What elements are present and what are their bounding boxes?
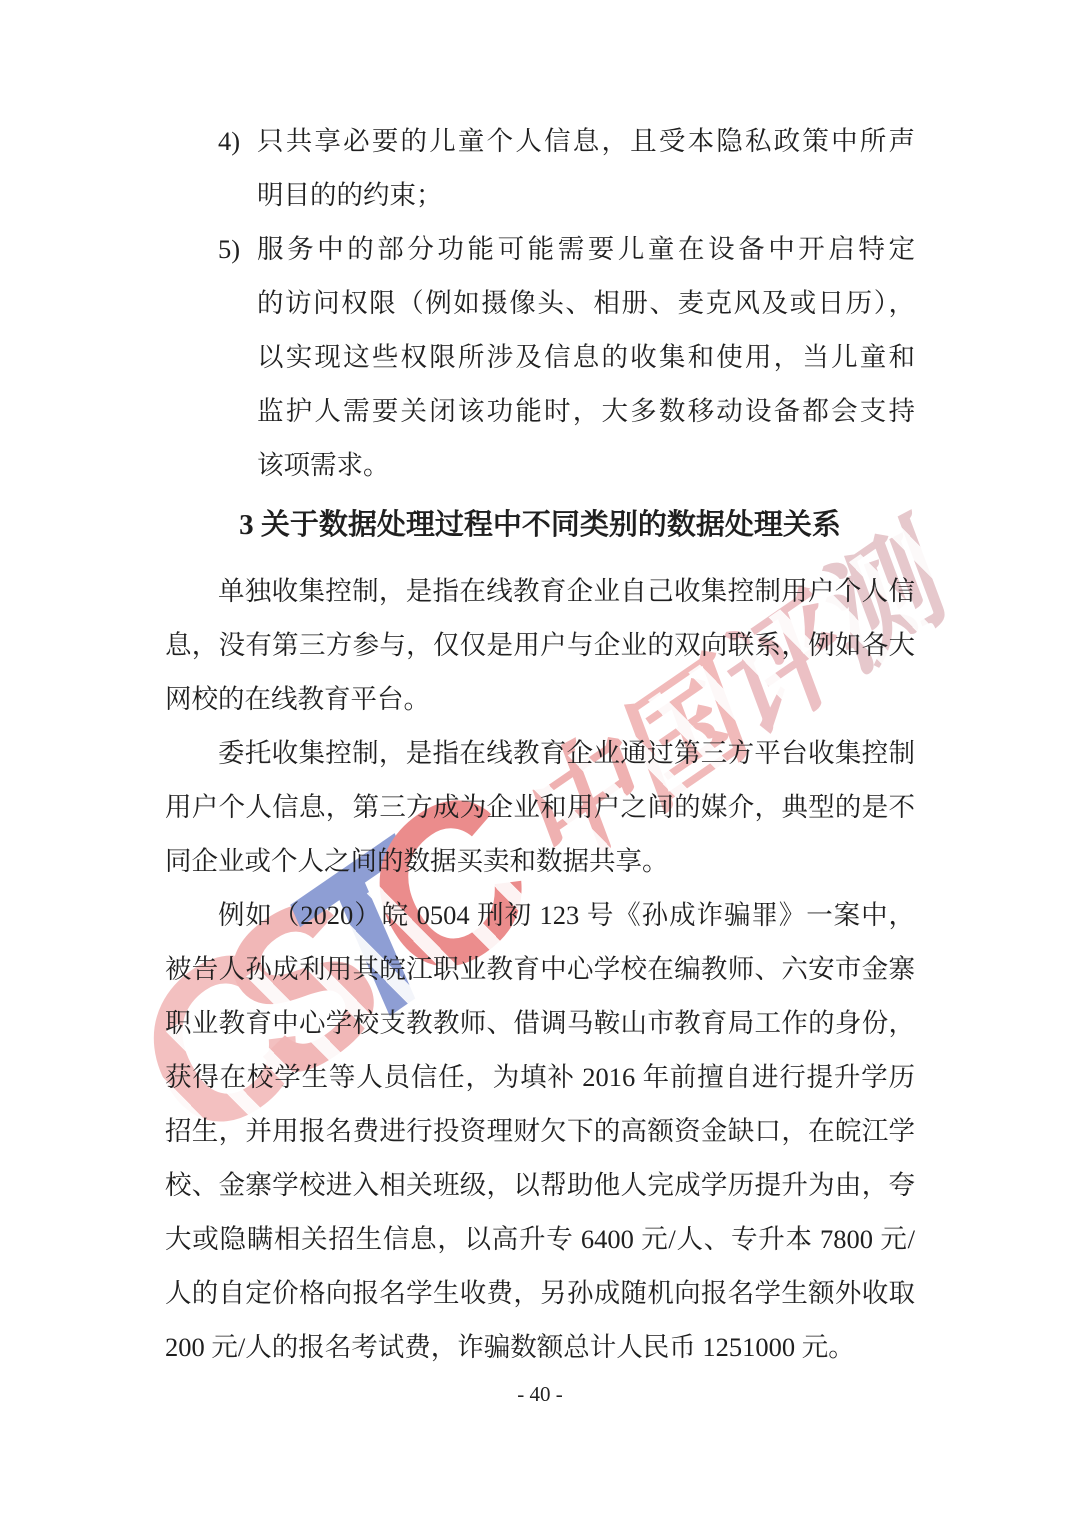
text-line: 监护人需要关闭该功能时，大多数移动设备都会支持 <box>257 384 915 438</box>
text-line: 人的自定价格向报名学生收费，另孙成随机向报名学生额外收取 <box>165 1266 915 1320</box>
text-line: 只共享必要的儿童个人信息，且受本隐私政策中所声 <box>257 114 915 168</box>
text-line: 网校的在线教育平台。 <box>165 672 915 726</box>
paragraph: 例如（2020）皖 0504 刑初 123 号《孙成诈骗罪》一案中， 被告人孙成… <box>165 888 915 1374</box>
text-line: 200 元/人的报名考试费，诈骗数额总计人民币 1251000 元。 <box>165 1320 915 1374</box>
text-line: 服务中的部分功能可能需要儿童在设备中开启特定 <box>257 222 915 276</box>
list-marker: 5) <box>218 222 257 492</box>
page-content: 4) 只共享必要的儿童个人信息，且受本隐私政策中所声 明目的的约束； 5) 服务… <box>0 0 1080 1374</box>
section-heading: 3 关于数据处理过程中不同类别的数据处理关系 <box>165 498 915 552</box>
page-number: - 40 - <box>0 1382 1080 1407</box>
document-page: { "document": { "list_items": [ { "marke… <box>0 0 1080 1527</box>
list-marker: 4) <box>218 114 257 222</box>
text-line: 大或隐瞒相关招生信息，以高升专 6400 元/人、专升本 7800 元/ <box>165 1212 915 1266</box>
text-line: 职业教育中心学校支教教师、借调马鞍山市教育局工作的身份， <box>165 996 915 1050</box>
text-line: 招生，并用报名费进行投资理财欠下的高额资金缺口，在皖江学 <box>165 1104 915 1158</box>
list-item-text: 只共享必要的儿童个人信息，且受本隐私政策中所声 明目的的约束； <box>257 114 915 222</box>
text-line: 以实现这些权限所涉及信息的收集和使用，当儿童和 <box>257 330 915 384</box>
paragraph: 委托收集控制，是指在线教育企业通过第三方平台收集控制 用户个人信息，第三方成为企… <box>165 726 915 888</box>
list-item-4: 4) 只共享必要的儿童个人信息，且受本隐私政策中所声 明目的的约束； <box>218 114 915 222</box>
paragraph: 单独收集控制，是指在线教育企业自己收集控制用户个人信 息，没有第三方参与，仅仅是… <box>165 564 915 726</box>
text-line: 单独收集控制，是指在线教育企业自己收集控制用户个人信 <box>165 564 915 618</box>
text-line: 获得在校学生等人员信任，为填补 2016 年前擅自进行提升学历 <box>165 1050 915 1104</box>
text-line: 的访问权限（例如摄像头、相册、麦克风及或日历）， <box>257 276 915 330</box>
text-line: 息，没有第三方参与，仅仅是用户与企业的双向联系，例如各大 <box>165 618 915 672</box>
text-line: 该项需求。 <box>257 438 915 492</box>
text-line: 用户个人信息，第三方成为企业和用户之间的媒介，典型的是不 <box>165 780 915 834</box>
list-item-5: 5) 服务中的部分功能可能需要儿童在设备中开启特定 的访问权限（例如摄像头、相册… <box>218 222 915 492</box>
text-line: 同企业或个人之间的数据买卖和数据共享。 <box>165 834 915 888</box>
text-line: 校、金寨学校进入相关班级，以帮助他人完成学历提升为由，夸 <box>165 1158 915 1212</box>
text-line: 例如（2020）皖 0504 刑初 123 号《孙成诈骗罪》一案中， <box>165 888 915 942</box>
text-line: 委托收集控制，是指在线教育企业通过第三方平台收集控制 <box>165 726 915 780</box>
text-line: 明目的的约束； <box>257 168 915 222</box>
list-item-text: 服务中的部分功能可能需要儿童在设备中开启特定 的访问权限（例如摄像头、相册、麦克… <box>257 222 915 492</box>
text-line: 被告人孙成利用其皖江职业教育中心学校在编教师、六安市金寨 <box>165 942 915 996</box>
